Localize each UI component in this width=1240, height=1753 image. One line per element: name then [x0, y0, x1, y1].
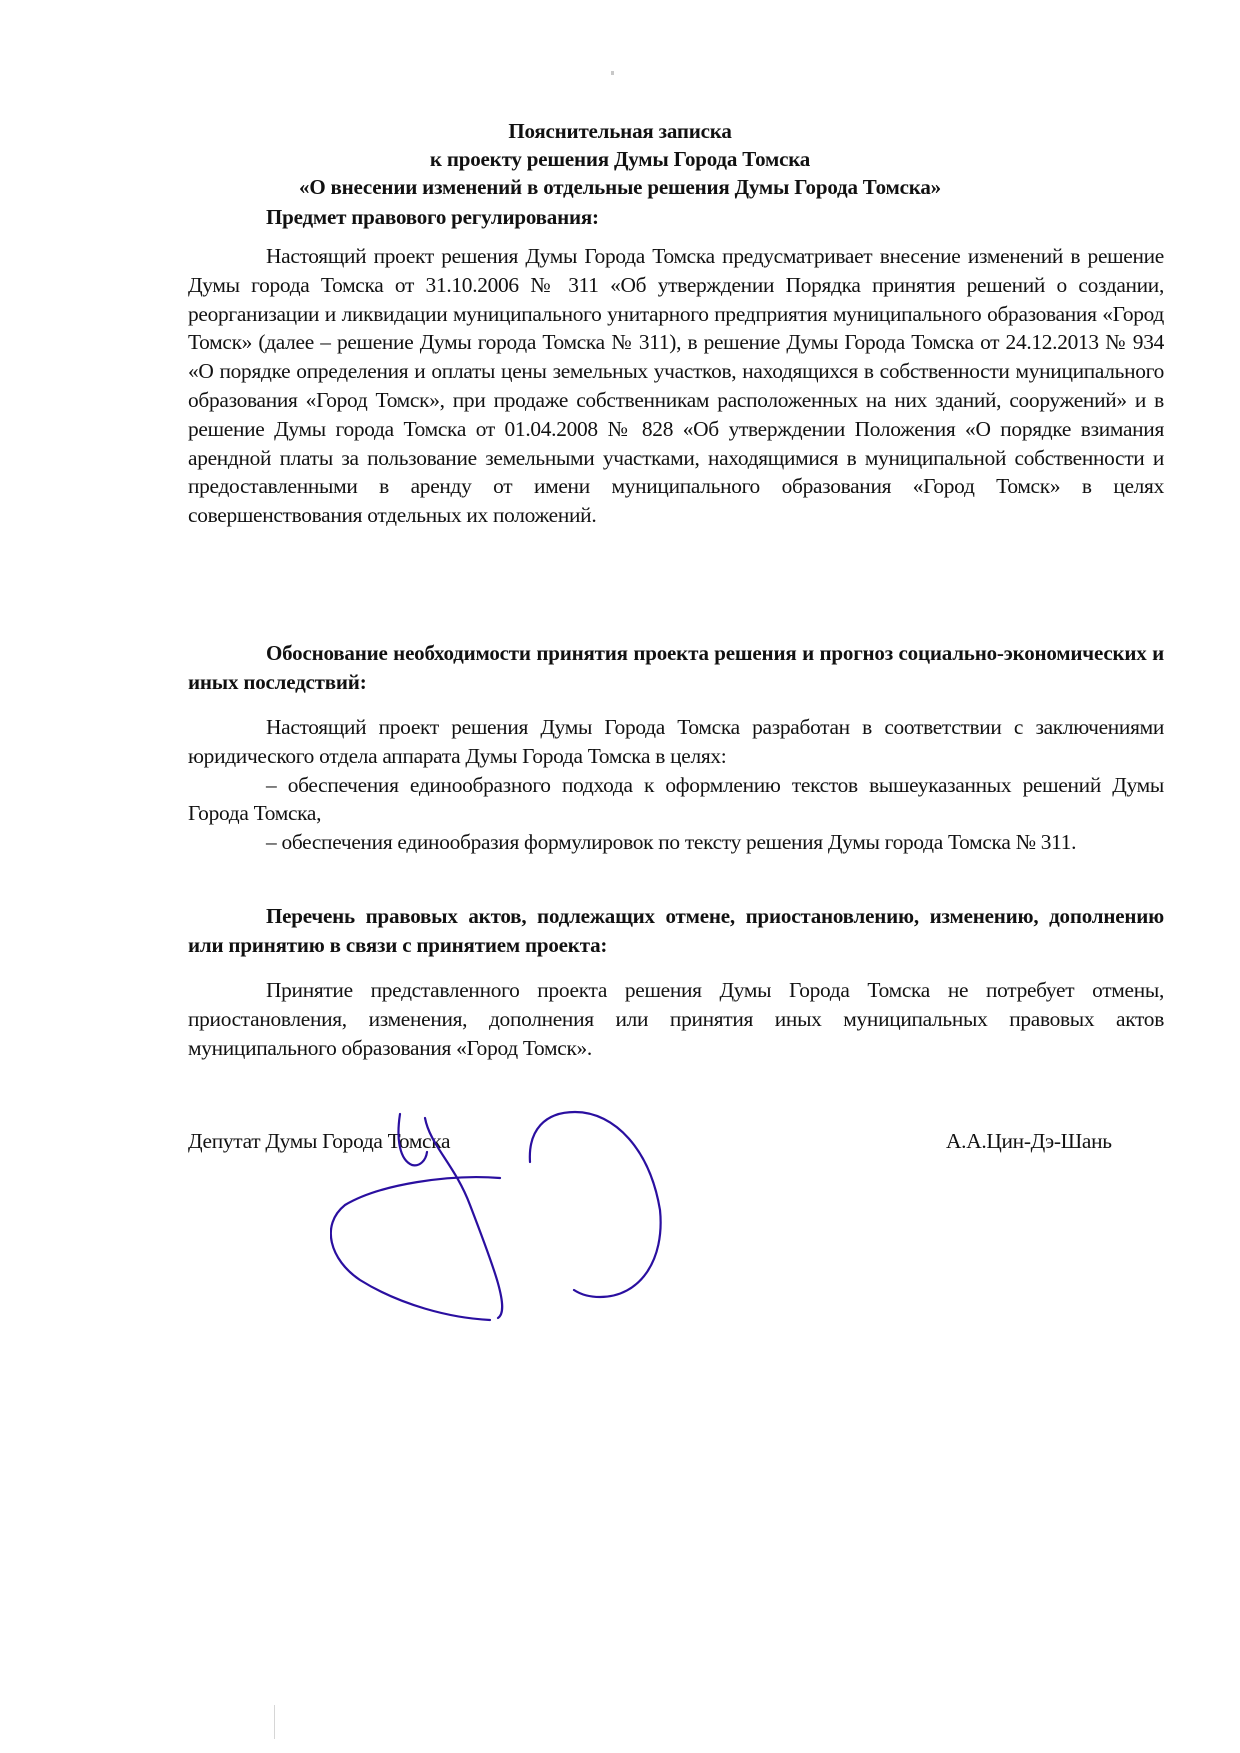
section-body-justification: Настоящий проект решения Думы Города Том… — [188, 713, 1164, 857]
list-item: – обеспечения единообразия формулировок … — [188, 828, 1164, 857]
paragraph: Настоящий проект решения Думы Города Том… — [188, 713, 1164, 771]
paragraph: Настоящий проект решения Думы Города Том… — [188, 242, 1164, 530]
section-body-subject: Настоящий проект решения Думы Города Том… — [188, 242, 1164, 530]
document-title: Пояснительная записка к проекту решения … — [0, 117, 1240, 201]
signer-name: А.А.Цин-Дэ-Шань — [946, 1127, 1112, 1155]
title-line-1: Пояснительная записка — [0, 117, 1240, 145]
section-heading-subject: Предмет правового регулирования: — [188, 203, 1164, 232]
scan-artifact-top — [611, 71, 614, 75]
scan-artifact-bottom — [274, 1705, 275, 1739]
document-page: Пояснительная записка к проекту решения … — [0, 0, 1240, 1753]
section-body-legal-acts: Принятие представленного проекта решения… — [188, 976, 1164, 1062]
list-item: – обеспечения единообразного подхода к о… — [188, 771, 1164, 829]
section-heading-legal-acts: Перечень правовых актов, подлежащих отме… — [188, 902, 1164, 960]
title-line-2: к проекту решения Думы Города Томска — [0, 145, 1240, 173]
section-heading-justification: Обоснование необходимости принятия проек… — [188, 639, 1164, 697]
paragraph: Принятие представленного проекта решения… — [188, 976, 1164, 1062]
handwritten-signature — [330, 1090, 970, 1350]
title-line-3: «О внесении изменений в отдельные решени… — [0, 173, 1240, 201]
